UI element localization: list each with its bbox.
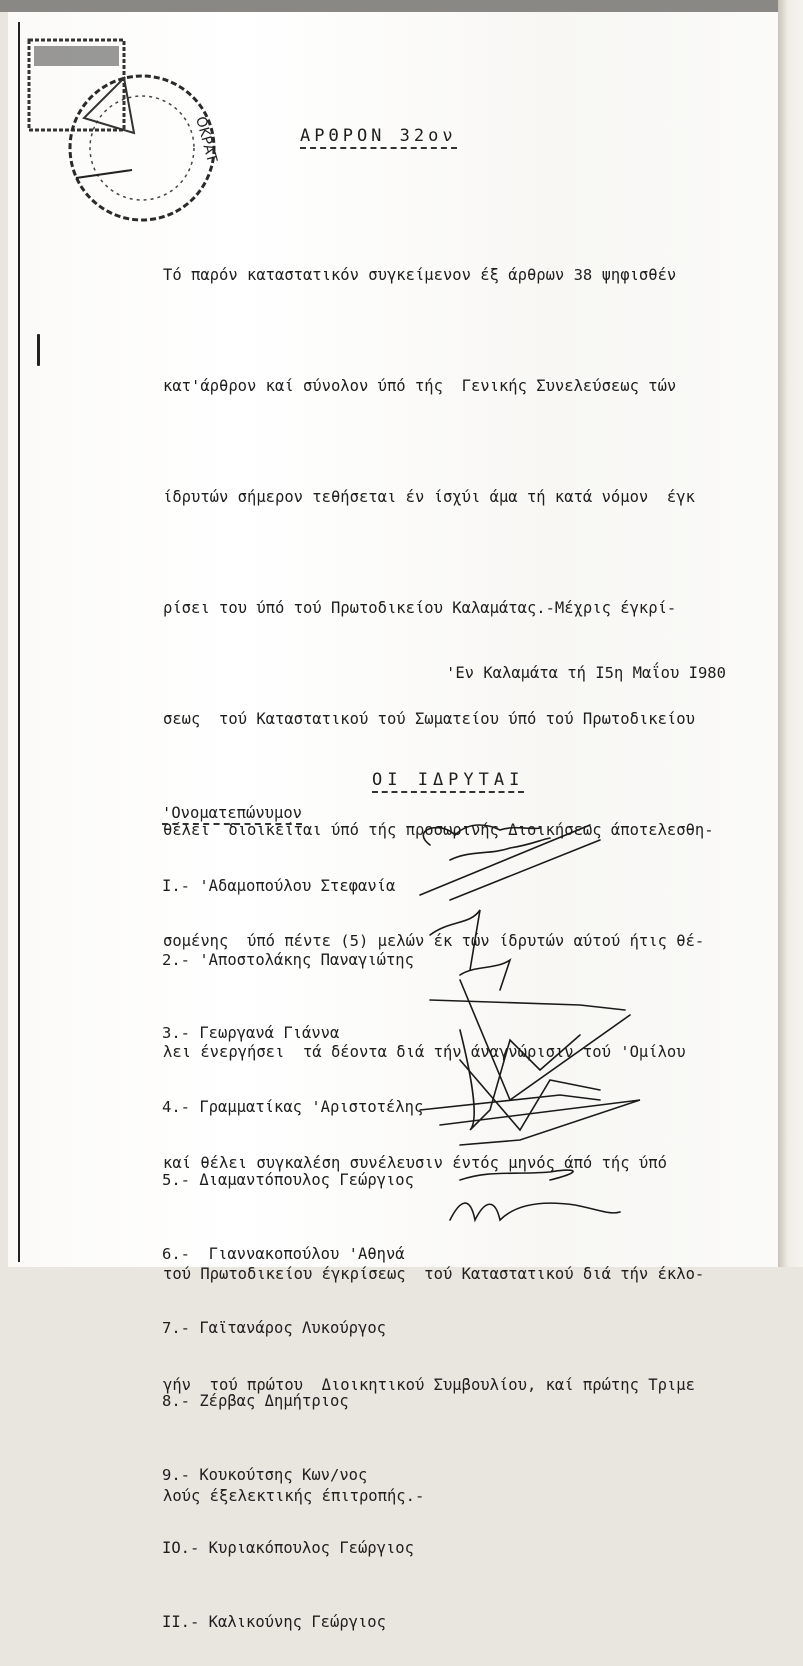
founders-title: ΟΙ ΙΔΡΥΤΑΙ — [372, 770, 524, 793]
founder-number: 6.- — [162, 1245, 190, 1263]
founder-name: Γιαννακοπούλου 'Αθηνά — [199, 1245, 404, 1263]
founder-row: 5.- Διαμαντόπουλος Γεώργιος — [162, 1168, 423, 1206]
founders-list: Ι.- 'Αδαμοπούλου Στεφανία 2.- 'Αποστολάκ… — [162, 838, 423, 1267]
column-header-name: 'Ονοματεπώνυμον — [162, 804, 302, 825]
founder-row: 6.- Γιαννακοπούλου 'Αθηνά — [162, 1242, 423, 1267]
founder-row: 3.- Γεωργανά Γιάννα — [162, 1021, 423, 1059]
founder-number: 3.- — [162, 1024, 190, 1042]
handwritten-signatures-icon — [400, 800, 660, 1240]
founder-name: Γεωργανά Γιάννα — [199, 1024, 339, 1042]
founder-number: Ι.- — [162, 877, 190, 895]
place-date-signoff: 'Εν Καλαμάτα τή Ι5η Μαΐου Ι980 — [446, 664, 726, 682]
founder-name: Γραμματίκας 'Αριστοτέλης — [199, 1098, 423, 1116]
body-line: σεως τού Καταστατικού τού Σωματείου ύπό … — [163, 701, 773, 738]
svg-text:ΟΚΡΑΤ: ΟΚΡΑΤ — [192, 115, 220, 165]
founder-number: 5.- — [162, 1171, 190, 1189]
body-line: κατ'άρθρον καί σύνολον ύπό τής Γενικής Σ… — [163, 368, 773, 405]
body-line: ίδρυτών σήμερον τεθήσεται έν ίσχύι άμα τ… — [163, 479, 773, 516]
founder-row: 2.- 'Αποστολάκης Παναγιώτης — [162, 948, 423, 986]
founder-number: 2.- — [162, 951, 190, 969]
founder-row: Ι.- 'Αδαμοπούλου Στεφανία — [162, 874, 423, 912]
scan-right-edge — [778, 0, 803, 1267]
founder-name: Διαμαντόπουλος Γεώργιος — [199, 1171, 414, 1189]
founder-name: 'Αδαμοπούλου Στεφανία — [199, 877, 395, 895]
margin-rule — [18, 22, 20, 1262]
founder-name: 'Αποστολάκης Παναγιώτης — [199, 951, 414, 969]
body-line: Τό παρόν καταστατικόν συγκείμενον έξ άρθ… — [163, 257, 773, 294]
margin-mark — [37, 334, 40, 366]
body-line: ρίσει του ύπό τού Πρωτοδικείου Καλαμάτας… — [163, 590, 773, 627]
founder-row: 4.- Γραμματίκας 'Αριστοτέλης — [162, 1095, 423, 1133]
founder-number: 4.- — [162, 1098, 190, 1116]
scan-top-edge — [0, 0, 803, 12]
article-title: ΑΡΘΡΟΝ 32ον — [300, 126, 457, 149]
